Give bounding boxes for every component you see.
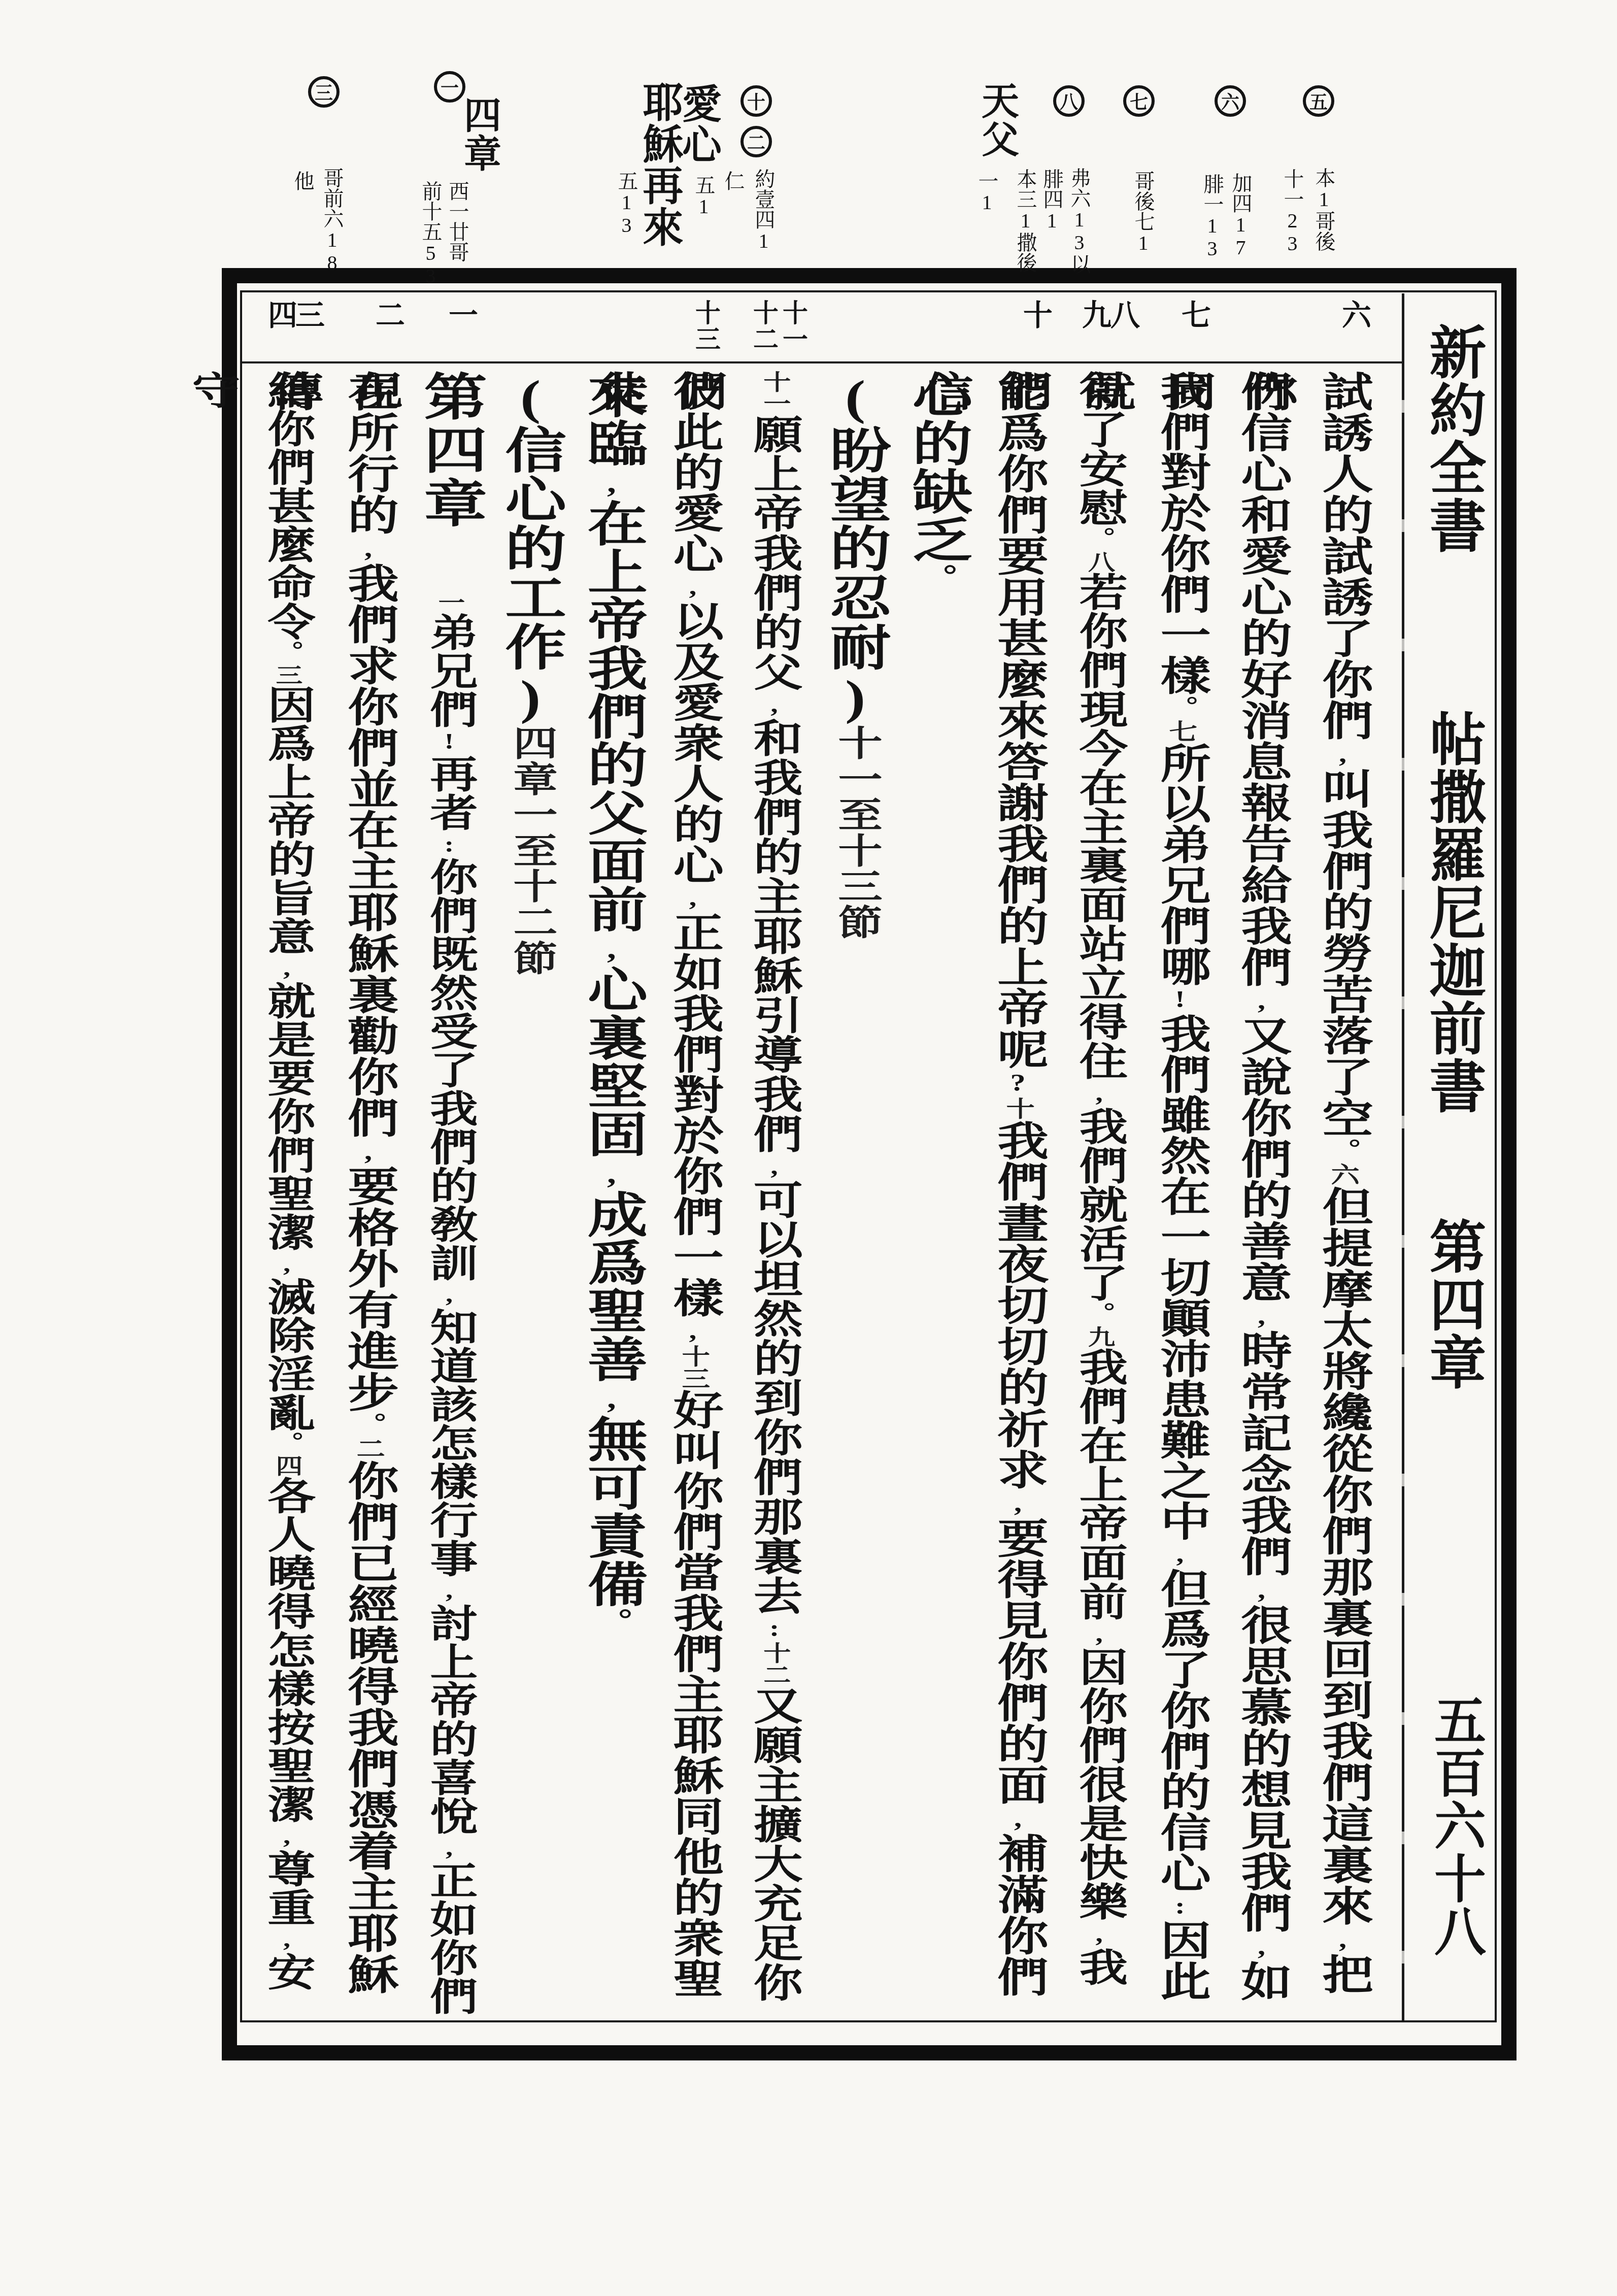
- text-column-11: (信心的工作)四章一至十二節: [493, 371, 568, 2021]
- margin-cross-reference: 五1: [693, 175, 714, 218]
- text-column-13: 在所行的,我們求你們並在主耶穌裏勸你們,要格外有進步。二你們已經曉得我們憑着主耶…: [330, 371, 406, 2021]
- verse-number-十二: 十二: [751, 300, 777, 352]
- text-column-14: 給你們甚麼命令。三因爲上帝的旨意,就是要你們聖潔,滅除淫亂。四各人曉得怎樣按聖潔…: [249, 371, 325, 2021]
- punctuation: ,: [592, 1383, 631, 1415]
- margin-topic-label: 天父: [978, 81, 1016, 158]
- punctuation: ,: [271, 1251, 303, 1277]
- section-verse-range: 四章一至十二節: [506, 725, 555, 976]
- punctuation: ,: [676, 1318, 710, 1345]
- book-title: 新約全書: [1419, 323, 1481, 554]
- verse-marker: 六: [1327, 1163, 1359, 1186]
- punctuation: ,: [1244, 1303, 1278, 1330]
- margin-cross-reference: 西一廿哥: [447, 181, 467, 262]
- margin-cross-reference: 本三1撒後: [1015, 169, 1035, 273]
- verse-number-四: 四: [265, 300, 294, 330]
- punctuation: :: [1163, 1893, 1197, 1920]
- punctuation: ,: [1083, 1080, 1116, 1107]
- verse-number-七: 七: [1178, 300, 1208, 330]
- epistle-title: 帖撒羅尼迦前書: [1419, 710, 1481, 1115]
- verse-number-九: 九: [1079, 300, 1108, 330]
- section-heading: (信心的工作): [496, 371, 564, 725]
- text-column-12: 第四章一弟兄們!再者:你們既然受了我們的敎訓,知道該怎樣行事,討上帝的喜悅,正如…: [412, 371, 487, 2021]
- margin-note-circle-十: 十: [740, 85, 772, 117]
- verse-number-十一: 十一: [781, 300, 806, 352]
- punctuation: ,: [758, 691, 791, 718]
- punctuation: ,: [1001, 1805, 1035, 1833]
- verse-text: 因爲上帝的旨意,就是要你們聖潔,滅除淫亂。: [260, 685, 314, 1455]
- page-number: 五百六十八: [1419, 1693, 1481, 1957]
- margin-note-circle-五: 五: [1303, 85, 1334, 117]
- margin-cross-reference: 前十五53: [420, 181, 441, 287]
- punctuation: :: [758, 1615, 791, 1642]
- text-column-4: 得了安慰。八若你們現今在主裏面站立得住,我們就活了。九我們在上帝面前,因你們很是…: [1061, 371, 1137, 2021]
- punctuation: ,: [592, 1158, 631, 1190]
- text-column-5: 能爲你們要用甚麼來答謝我們的上帝呢?十我們晝夜切切的祈求,要得見你們的面,補滿你…: [980, 371, 1056, 2021]
- punctuation: ,: [592, 467, 631, 499]
- margin-note-circle-七: 七: [1123, 85, 1155, 117]
- punctuation: ,: [1326, 741, 1360, 768]
- punctuation: 。: [271, 1432, 303, 1455]
- verse-number-row-rule: [242, 361, 1402, 363]
- margin-cross-reference: 弗六13以: [1069, 168, 1089, 274]
- verse-text: 來臨,在上帝我們的父面前,心裏堅固,成爲聖善,無可責備。: [578, 371, 645, 1637]
- punctuation: !: [1163, 986, 1197, 1013]
- margin-topic-label: 耶穌再來: [638, 81, 679, 248]
- punctuation: 。: [917, 563, 956, 592]
- margin-topic-label: 愛心: [679, 83, 718, 164]
- punctuation: ,: [1244, 1933, 1278, 1960]
- punctuation: ,: [1083, 1921, 1116, 1947]
- margin-note-circle-六: 六: [1215, 85, 1246, 117]
- punctuation: ,: [271, 1926, 303, 1952]
- text-column-1: 試誘人的試誘了你們,叫我們的勞苦落了空。六但提摩太將纔從你們那裏回到我們這裏來,…: [1305, 371, 1380, 2021]
- margin-cross-reference: 加四17: [1230, 173, 1251, 259]
- margin-cross-reference: 他: [292, 171, 313, 191]
- punctuation: ,: [351, 535, 385, 562]
- margin-note-circle-二: 二: [740, 126, 772, 157]
- punctuation: ,: [1083, 1621, 1116, 1647]
- verse-marker: 九: [1084, 1326, 1114, 1348]
- verse-marker: 十三: [678, 1345, 709, 1389]
- punctuation: ,: [351, 1138, 385, 1166]
- punctuation: ,: [1326, 1926, 1360, 1953]
- spacer: [449, 530, 449, 591]
- punctuation: 。: [592, 1608, 631, 1637]
- section-heading: (盼望的忍耐): [821, 371, 889, 725]
- verse-number-三: 三: [292, 300, 322, 330]
- chapter-title: 第四章: [1419, 1217, 1481, 1391]
- margin-cross-reference: 哥後七1: [1133, 171, 1153, 254]
- punctuation: 。: [1083, 527, 1116, 551]
- punctuation: ,: [592, 933, 631, 965]
- chapter-heading: 第四章: [415, 371, 484, 530]
- margin-cross-reference: 五13: [616, 171, 636, 237]
- verse-number-十三: 十三: [693, 300, 719, 352]
- punctuation: !: [433, 728, 465, 754]
- punctuation: ,: [1163, 1541, 1197, 1568]
- punctuation: ,: [271, 955, 303, 981]
- margin-cross-reference: 十一23: [1282, 169, 1302, 255]
- punctuation: ,: [1001, 1490, 1035, 1517]
- verse-marker: 三: [272, 664, 301, 685]
- punctuation: ,: [1244, 987, 1278, 1015]
- margin-cross-reference: 腓一13: [1202, 174, 1222, 260]
- verse-marker: 十: [1002, 1097, 1034, 1120]
- punctuation: 。: [1163, 695, 1197, 720]
- punctuation: ,: [758, 1153, 791, 1180]
- margin-note-circle-八: 八: [1053, 85, 1085, 117]
- punctuation: 。: [271, 641, 303, 664]
- text-column-8: 十一願上帝我們的父,和我們的主耶穌引導我們,可以坦然的到你們那裏去:十二又願主擴…: [736, 371, 812, 2021]
- text-column-2: 們信心和愛心的好消息報告給我們,又說你們的善意,時常記念我們,很思慕的想見我們,…: [1224, 371, 1299, 2021]
- text-column-10: 來臨,在上帝我們的父面前,心裏堅固,成爲聖善,無可責備。: [574, 371, 650, 2021]
- margin-cross-reference: 仁: [723, 171, 743, 191]
- verse-text: 在所行的,我們求你們並在主耶穌裏勸你們,要格外有進步。: [340, 371, 396, 1437]
- punctuation: ,: [433, 1578, 465, 1604]
- verse-marker: 八: [1084, 551, 1114, 573]
- margin-note-circle-三: 三: [308, 76, 340, 108]
- margin-cross-reference: 哥前六18: [322, 168, 342, 274]
- punctuation: ,: [433, 1835, 465, 1861]
- verse-text: 心的缺乏。: [903, 371, 969, 592]
- verse-number-十: 十: [1020, 300, 1050, 330]
- verse-text: 試誘人的試誘了你們,叫我們的勞苦落了空。: [1315, 371, 1371, 1163]
- verse-text: 我們對於你們一樣。: [1153, 371, 1208, 720]
- margin-topic-label: 四章: [460, 95, 498, 173]
- margin-cross-reference: 本1哥後: [1313, 168, 1334, 251]
- text-column-6: 心的缺乏。: [899, 371, 974, 2021]
- punctuation: ,: [676, 885, 710, 912]
- verse-marker: 二: [352, 1437, 384, 1460]
- verse-number-二: 二: [373, 300, 402, 330]
- punctuation: ,: [271, 1823, 303, 1849]
- verse-text: 彼此的愛心,以及愛衆人的心,正如我們對於你們一樣,: [665, 371, 721, 1345]
- bible-scan-page: 新約全書 帖撒羅尼迦前書 第四章 五百六十八 六七八九十十一十二十三一二三四 試…: [0, 0, 1617, 2296]
- punctuation: ,: [1244, 1577, 1278, 1604]
- text-column-3: 我們對於你們一樣。七所以弟兄們哪!我們雖然在一切顚沛患難之中,但爲了你們的信心:…: [1142, 371, 1218, 2021]
- verse-marker: 一: [434, 591, 464, 613]
- text-column-7: (盼望的忍耐)十一至十三節: [818, 371, 893, 2021]
- verse-number-六: 六: [1339, 300, 1368, 330]
- punctuation: 。: [351, 1412, 385, 1437]
- punctuation: 。: [1083, 1302, 1116, 1326]
- punctuation: :: [433, 831, 465, 857]
- verse-text: 願上帝我們的父,和我們的主耶穌引導我們,可以坦然的到你們那裏去:: [747, 414, 801, 1642]
- title-column-separator-rule: [1402, 293, 1404, 2020]
- verse-number-八: 八: [1107, 300, 1137, 330]
- verse-text: 給你們甚麼命令。: [260, 371, 314, 664]
- verse-text: 若你們現今在主裏面站立得住,我們就活了。: [1072, 572, 1126, 1326]
- verse-marker: 十一: [759, 371, 789, 414]
- margin-cross-reference: 腓四1: [1041, 169, 1062, 232]
- margin-cross-reference: 約壹四1: [753, 169, 773, 252]
- punctuation: 。: [1326, 1138, 1360, 1163]
- punctuation: ?: [1001, 1070, 1035, 1097]
- verse-marker: 四: [272, 1455, 301, 1476]
- verse-text: 得了安慰。: [1072, 371, 1126, 551]
- text-column-9: 彼此的愛心,以及愛衆人的心,正如我們對於你們一樣,十三好叫你們當我們主耶穌同他的…: [655, 371, 731, 2021]
- verse-number-一: 一: [446, 300, 475, 330]
- punctuation: ,: [433, 1282, 465, 1308]
- section-verse-range: 十一至十三節: [831, 725, 880, 940]
- verse-marker: 七: [1165, 720, 1196, 742]
- verse-text: 能爲你們要用甚麼來答謝我們的上帝呢?: [990, 371, 1046, 1097]
- verse-marker: 十二: [759, 1642, 789, 1685]
- margin-cross-reference: 一1: [976, 171, 997, 214]
- punctuation: ,: [676, 574, 710, 601]
